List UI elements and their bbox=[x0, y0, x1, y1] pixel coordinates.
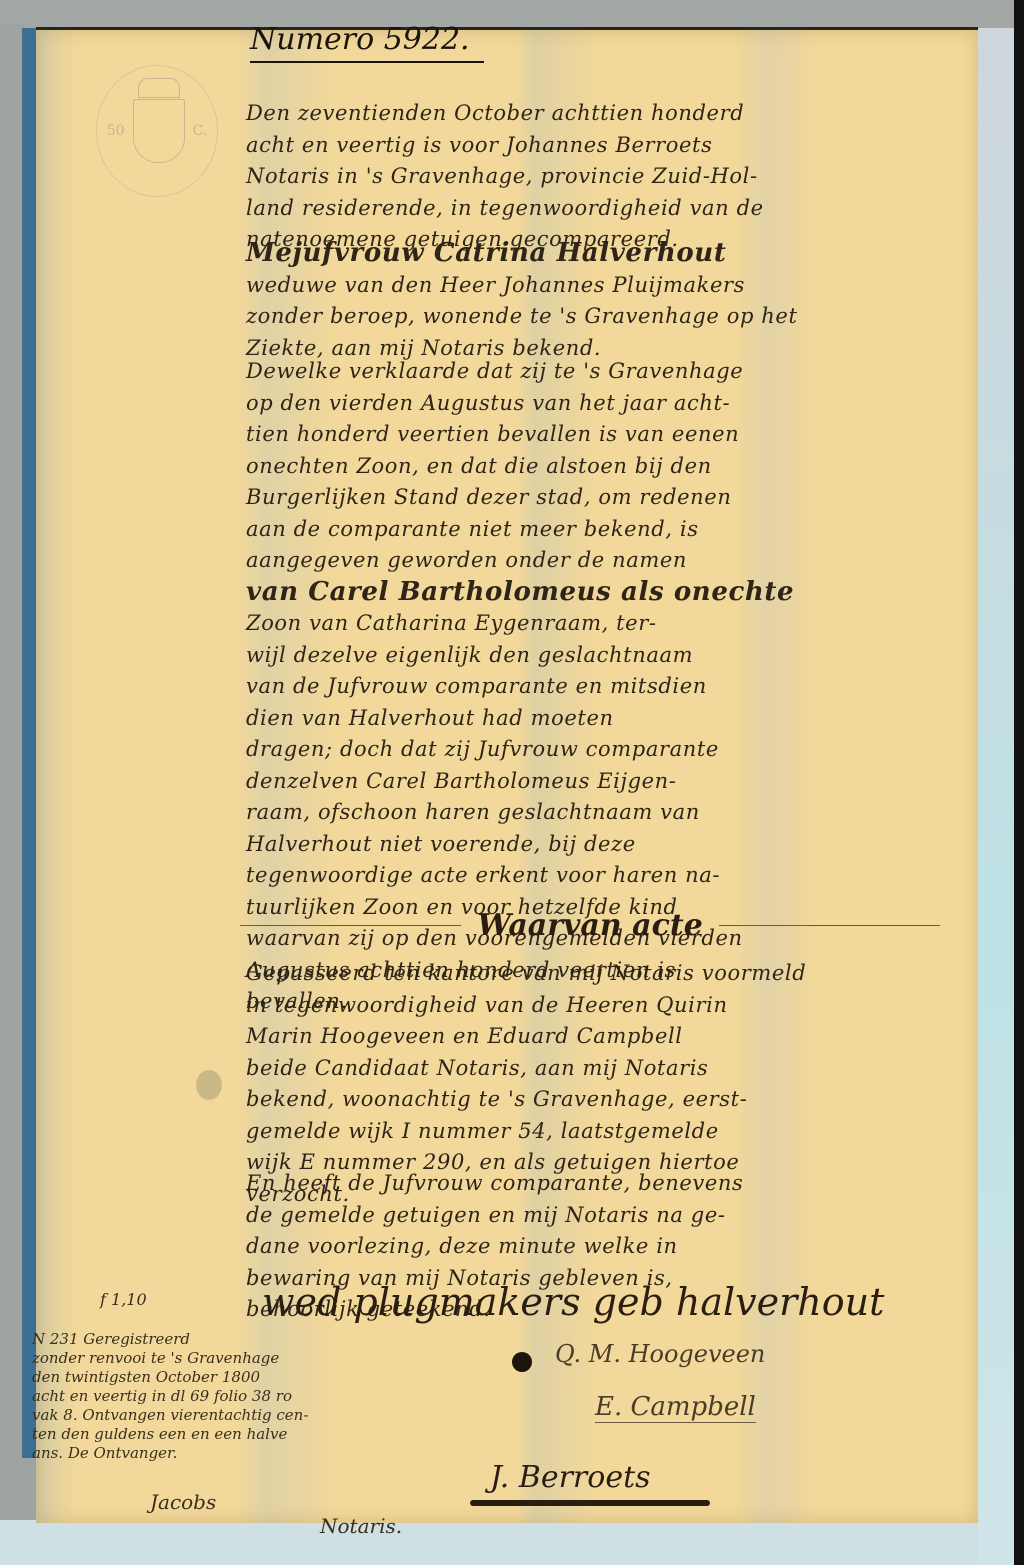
text-line: zonder beroep, wonende te 's Gravenhage … bbox=[246, 301, 936, 333]
text-line: ans. De Ontvanger. bbox=[32, 1444, 282, 1463]
section-heading: Waarvan acte bbox=[240, 905, 940, 945]
text-line: de gemelde getuigen en mij Notaris na ge… bbox=[246, 1200, 936, 1232]
text-line: Halverhout niet voerende, bij deze bbox=[246, 829, 936, 861]
signature-flourish bbox=[470, 1500, 710, 1506]
paragraph-party: Mejufvrouw Catrina Halverhout weduwe van… bbox=[246, 238, 936, 364]
text-line: gemelde wijk I nummer 54, laatstgemelde bbox=[246, 1116, 936, 1148]
text-line: dane voorlezing, deze minute welke in bbox=[246, 1231, 936, 1263]
text-line: zonder renvooi te 's Gravenhage bbox=[32, 1349, 282, 1368]
signature-receiver: Jacobs bbox=[150, 1490, 216, 1514]
ink-blot bbox=[512, 1352, 532, 1372]
text-line: van de Jufvrouw comparante en mitsdien bbox=[246, 671, 936, 703]
signature-witness-campbell: E. Campbell bbox=[595, 1392, 756, 1423]
notary-title: Notaris. bbox=[320, 1514, 402, 1538]
stain bbox=[196, 1070, 222, 1100]
crown-icon bbox=[138, 78, 180, 98]
text-line: Gepasseerd ten kantore van mij Notaris v… bbox=[246, 958, 936, 990]
divider bbox=[240, 925, 461, 926]
left-page-edge bbox=[22, 28, 36, 1458]
text-line: beide Candidaat Notaris, aan mij Notaris bbox=[246, 1053, 936, 1085]
text-line: Notaris in 's Gravenhage, provincie Zuid… bbox=[246, 161, 936, 193]
text-line: dien van Halverhout had moeten bbox=[246, 703, 936, 735]
coat-of-arms-icon bbox=[133, 99, 185, 163]
registration-note: N 231 Geregistreerd zonder renvooi te 's… bbox=[32, 1330, 282, 1463]
paragraph-intro: Den zeventienden October achttien honder… bbox=[246, 98, 936, 256]
signature-notary: J. Berroets bbox=[490, 1460, 651, 1495]
underlying-sheet-left bbox=[0, 24, 24, 1464]
stamp-value-left: 50 bbox=[107, 123, 125, 139]
party-name-line: Mejufvrouw Catrina Halverhout bbox=[246, 238, 936, 270]
divider bbox=[719, 925, 940, 926]
registration-fee: f 1,10 bbox=[100, 1290, 147, 1309]
text-line: aan de comparante niet meer bekend, is bbox=[246, 514, 936, 546]
text-line: in tegenwoordigheid van de Heeren Quirin bbox=[246, 990, 936, 1022]
deed-number-title: Numero 5922. bbox=[250, 22, 484, 63]
text-line: tegenwoordige acte erkent voor haren na- bbox=[246, 860, 936, 892]
text-line: Burgerlijken Stand dezer stad, om redene… bbox=[246, 482, 936, 514]
stamp-value-right: C. bbox=[193, 123, 208, 139]
text-line: bekend, woonachtig te 's Gravenhage, eer… bbox=[246, 1084, 936, 1116]
text-line: weduwe van den Heer Johannes Pluijmakers bbox=[246, 270, 936, 302]
text-line: Dewelke verklaarde dat zij te 's Gravenh… bbox=[246, 356, 936, 388]
text-line: Zoon van Catharina Eygenraam, ter- bbox=[246, 608, 936, 640]
text-line: denzelven Carel Bartholomeus Eijgen- bbox=[246, 766, 936, 798]
text-line: op den vierden Augustus van het jaar ach… bbox=[246, 388, 936, 420]
signature-party: wed plugmakers geb halverhout bbox=[262, 1280, 884, 1324]
text-line: tien honderd veertien bevallen is van ee… bbox=[246, 419, 936, 451]
text-line: onechten Zoon, en dat die alstoen bij de… bbox=[246, 451, 936, 483]
text-line: acht en veertig is voor Johannes Berroet… bbox=[246, 130, 936, 162]
text-line: Marin Hoogeveen en Eduard Campbell bbox=[246, 1021, 936, 1053]
text-line: dragen; doch dat zij Jufvrouw comparante bbox=[246, 734, 936, 766]
text-line: raam, ofschoon haren geslachtnaam van bbox=[246, 797, 936, 829]
right-scan-border bbox=[1014, 0, 1024, 1565]
text-line: van Carel Bartholomeus als onechte bbox=[246, 577, 936, 609]
text-line: N 231 Geregistreerd bbox=[32, 1330, 282, 1349]
text-line: vak 8. Ontvangen vierentachtig cen- bbox=[32, 1406, 282, 1425]
underlying-sheet-bottom bbox=[0, 1520, 1024, 1565]
text-line: ten den guldens een en een halve bbox=[32, 1425, 282, 1444]
text-line: land residerende, in tegenwoordigheid va… bbox=[246, 193, 936, 225]
text-line: den twintigsten October 1800 bbox=[32, 1368, 282, 1387]
text-line: Den zeventienden October achttien honder… bbox=[246, 98, 936, 130]
embossed-tax-stamp: 50 C. bbox=[96, 65, 218, 197]
text-line: wijl dezelve eigenlijk den geslachtnaam bbox=[246, 640, 936, 672]
signature-witness-hoogeveen: Q. M. Hoogeveen bbox=[555, 1340, 765, 1368]
text-line: En heeft de Jufvrouw comparante, beneven… bbox=[246, 1168, 936, 1200]
scanner-background bbox=[0, 0, 1024, 28]
heading-text: Waarvan acte bbox=[477, 908, 703, 943]
text-line: aangegeven geworden onder de namen bbox=[246, 545, 936, 577]
text-line: acht en veertig in dl 69 folio 38 ro bbox=[32, 1387, 282, 1406]
